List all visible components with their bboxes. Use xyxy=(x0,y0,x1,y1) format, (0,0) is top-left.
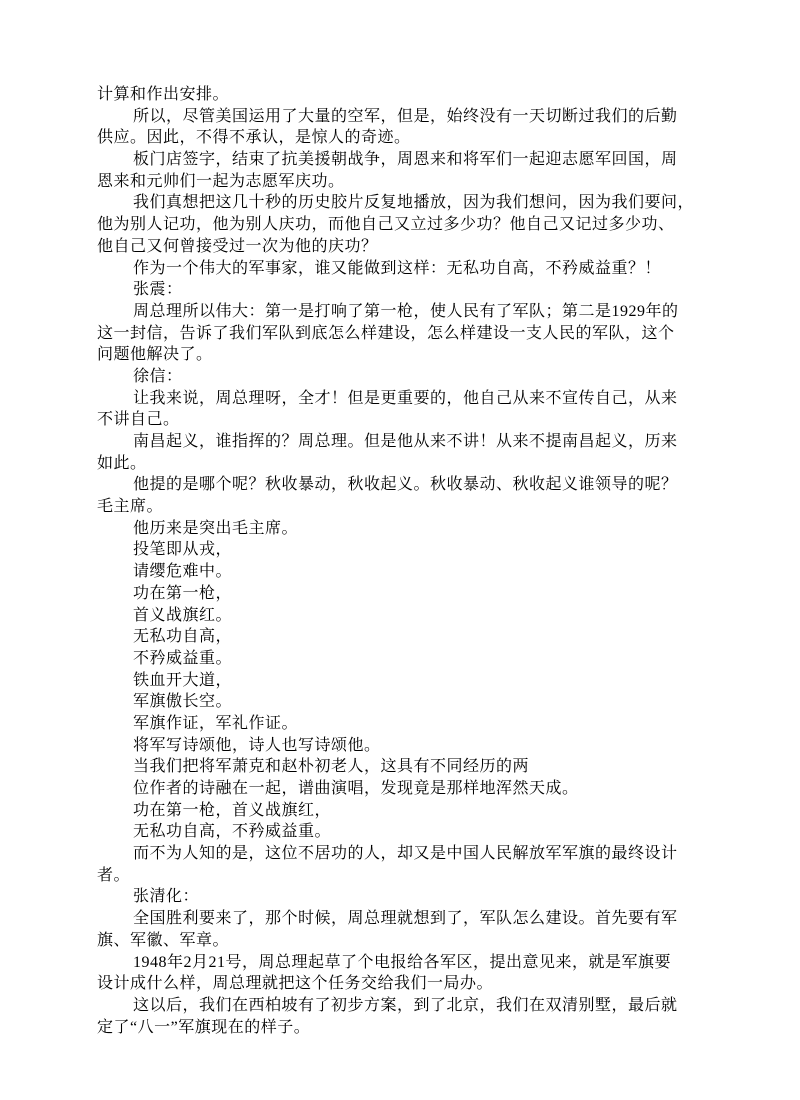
text-line: 设计成什么样，周总理就把这个任务交给我们一局办。 xyxy=(97,973,722,995)
text-line: 计算和作出安排。 xyxy=(97,84,722,106)
text-line: 铁血开大道， xyxy=(97,670,722,692)
text-line: 无私功自高，不矜威益重。 xyxy=(97,821,722,843)
text-line: 无私功自高， xyxy=(97,626,722,648)
text-line: 如此。 xyxy=(97,453,722,475)
text-line: 全国胜利要来了，那个时候，周总理就想到了，军队怎么建设。首先要有军 xyxy=(97,908,722,930)
text-line: 当我们把将军萧克和赵朴初老人，这具有不同经历的两 xyxy=(97,756,722,778)
text-line: 让我来说，周总理呀，全才！但是更重要的，他自己从来不宣传自己，从来 xyxy=(97,388,722,410)
text-line: 不矜威益重。 xyxy=(97,648,722,670)
text-line: 不讲自己。 xyxy=(97,409,722,431)
text-line: 投笔即从戎， xyxy=(97,539,722,561)
text-line: 位作者的诗融在一起，谱曲演唱，发现竟是那样地浑然天成。 xyxy=(97,778,722,800)
text-line: 定了“八一”军旗现在的样子。 xyxy=(97,1017,722,1039)
text-line: 首义战旗红。 xyxy=(97,605,722,627)
text-line: 毛主席。 xyxy=(97,496,722,518)
text-line: 作为一个伟大的军事家，谁又能做到这样：无私功自高，不矜威益重？！ xyxy=(97,258,722,280)
text-line: 军旗傲长空。 xyxy=(97,691,722,713)
text-line: 他自己又何曾接受过一次为他的庆功？ xyxy=(97,236,722,258)
text-line: 旗、军徽、军章。 xyxy=(97,930,722,952)
text-line: 所以，尽管美国运用了大量的空军，但是，始终没有一天切断过我们的后勤 xyxy=(97,106,722,128)
text-line: 他为别人记功，他为别人庆功，而他自己又立过多少功？他自己又记过多少功、 xyxy=(97,214,722,236)
text-line: 1948年2月21号，周总理起草了个电报给各军区，提出意见来，就是军旗要 xyxy=(97,952,722,974)
document-page: 计算和作出安排。所以，尽管美国运用了大量的空军，但是，始终没有一天切断过我们的后… xyxy=(0,0,800,1100)
text-line: 请缨危难中。 xyxy=(97,561,722,583)
text-line: 他历来是突出毛主席。 xyxy=(97,518,722,540)
document-text-body: 计算和作出安排。所以，尽管美国运用了大量的空军，但是，始终没有一天切断过我们的后… xyxy=(97,84,722,1038)
text-line: 问题他解决了。 xyxy=(97,344,722,366)
text-line: 恩来和元帅们一起为志愿军庆功。 xyxy=(97,171,722,193)
text-line: 张震： xyxy=(97,279,722,301)
text-line: 板门店签字，结束了抗美援朝战争，周恩来和将军们一起迎志愿军回国，周 xyxy=(97,149,722,171)
text-line: 徐信： xyxy=(97,366,722,388)
text-line: 功在第一枪， xyxy=(97,583,722,605)
text-line: 军旗作证，军礼作证。 xyxy=(97,713,722,735)
text-line: 者。 xyxy=(97,865,722,887)
text-line: 周总理所以伟大：第一是打响了第一枪，使人民有了军队；第二是1929年的 xyxy=(97,301,722,323)
text-line: 将军写诗颂他，诗人也写诗颂他。 xyxy=(97,735,722,757)
text-line: 供应。因此，不得不承认，是惊人的奇迹。 xyxy=(97,127,722,149)
text-line: 张清化： xyxy=(97,886,722,908)
text-line: 南昌起义，谁指挥的？周总理。但是他从来不讲！从来不提南昌起义，历来 xyxy=(97,431,722,453)
text-line: 这以后，我们在西柏坡有了初步方案，到了北京，我们在双清别墅，最后就 xyxy=(97,995,722,1017)
text-line: 功在第一枪，首义战旗红， xyxy=(97,800,722,822)
text-line: 他提的是哪个呢？秋收暴动，秋收起义。秋收暴动、秋收起义谁领导的呢？ xyxy=(97,474,722,496)
text-line: 我们真想把这几十秒的历史胶片反复地播放，因为我们想问，因为我们要问， xyxy=(97,192,722,214)
text-line: 而不为人知的是，这位不居功的人，却又是中国人民解放军军旗的最终设计 xyxy=(97,843,722,865)
text-line: 这一封信，告诉了我们军队到底怎么样建设，怎么样建设一支人民的军队，这个 xyxy=(97,323,722,345)
